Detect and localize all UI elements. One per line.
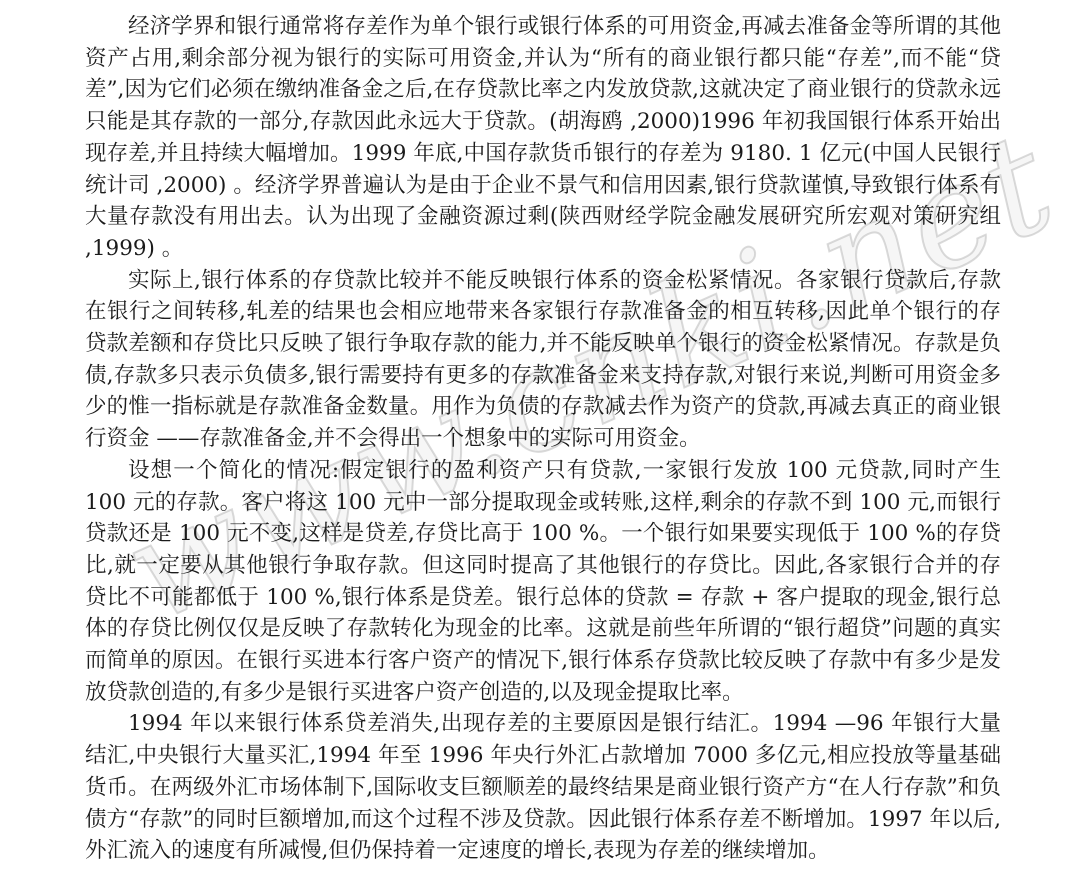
paragraph-1: 经济学界和银行通常将存差作为单个银行或银行体系的可用资金,再减去准备金等所谓的其… [85, 11, 1001, 265]
document-body: 经济学界和银行通常将存差作为单个银行或银行体系的可用资金,再减去准备金等所谓的其… [85, 11, 1001, 867]
document-page: www.cnki.net 经济学界和银行通常将存差作为单个银行或银行体系的可用资… [0, 0, 1080, 885]
paragraph-3: 设想一个简化的情况:假定银行的盈利资产只有贷款,一家银行发放 100 元贷款,同… [85, 455, 1001, 709]
paragraph-4: 1994 年以来银行体系贷差消失,出现存差的主要原因是银行结汇。1994 —96… [85, 708, 1001, 867]
paragraph-2: 实际上,银行体系的存贷款比较并不能反映银行体系的资金松紧情况。各家银行贷款后,存… [85, 265, 1001, 455]
